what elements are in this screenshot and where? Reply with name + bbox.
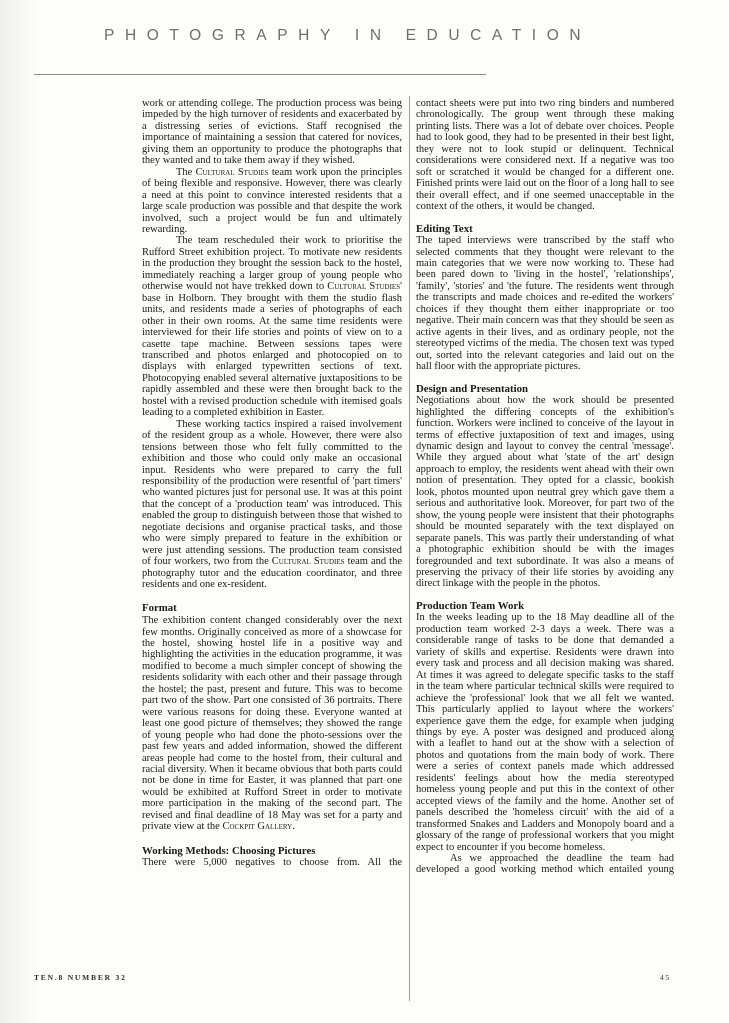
section-heading-format: Format — [142, 603, 402, 615]
column-divider — [409, 96, 410, 1001]
paragraph: contact sheets were put into two ring bi… — [416, 98, 674, 213]
text-run: The exhibition content changed considera… — [142, 615, 402, 832]
paragraph: The taped interviews were transcribed by… — [416, 235, 674, 372]
left-column: work or attending college. The productio… — [142, 98, 402, 869]
paragraph: As we approached the deadline the team h… — [416, 853, 674, 876]
section-heading-working-methods: Working Methods: Choosing Pictures — [142, 846, 402, 858]
running-header: PHOTOGRAPHYINEDUCATION — [104, 27, 484, 45]
text-run: ' base in Holborn. They brought with the… — [142, 281, 402, 418]
publication-footer: TEN.8 NUMBER 32 — [34, 973, 127, 982]
text-run: These working tactics inspired a raised … — [142, 419, 402, 567]
text-run: The — [176, 167, 196, 178]
page-number: 45 — [660, 973, 671, 982]
paragraph: In the weeks leading up to the 18 May de… — [416, 612, 674, 853]
page-edge-shadow — [0, 0, 40, 1023]
paragraph: Negotiations about how the work should b… — [416, 395, 674, 590]
gallery-name: Cockpit Gallery — [222, 821, 292, 832]
organisation-name: Cultural Studies — [196, 167, 269, 178]
organisation-name: Cultural Studies — [327, 281, 400, 292]
paragraph: The Cultural Studies team work upon the … — [142, 167, 402, 236]
section-heading-design: Design and Presentation — [416, 384, 674, 396]
paragraph: These working tactics inspired a raised … — [142, 419, 402, 591]
paragraph: The team rescheduled their work to prior… — [142, 235, 402, 418]
organisation-name: Cultural Studies — [272, 556, 345, 567]
paragraph: There were 5,000 negatives to choose fro… — [142, 857, 402, 868]
right-column: contact sheets were put into two ring bi… — [416, 98, 674, 876]
header-word: PHOTOGRAPHY — [104, 27, 341, 44]
text-run: . — [292, 821, 295, 832]
paragraph: The exhibition content changed considera… — [142, 615, 402, 833]
section-heading-editing-text: Editing Text — [416, 224, 674, 236]
header-rule — [34, 74, 486, 75]
paragraph: work or attending college. The productio… — [142, 98, 402, 167]
header-word: EDUCATION — [406, 27, 592, 44]
header-word: IN — [355, 27, 392, 44]
section-heading-production: Production Team Work — [416, 601, 674, 613]
